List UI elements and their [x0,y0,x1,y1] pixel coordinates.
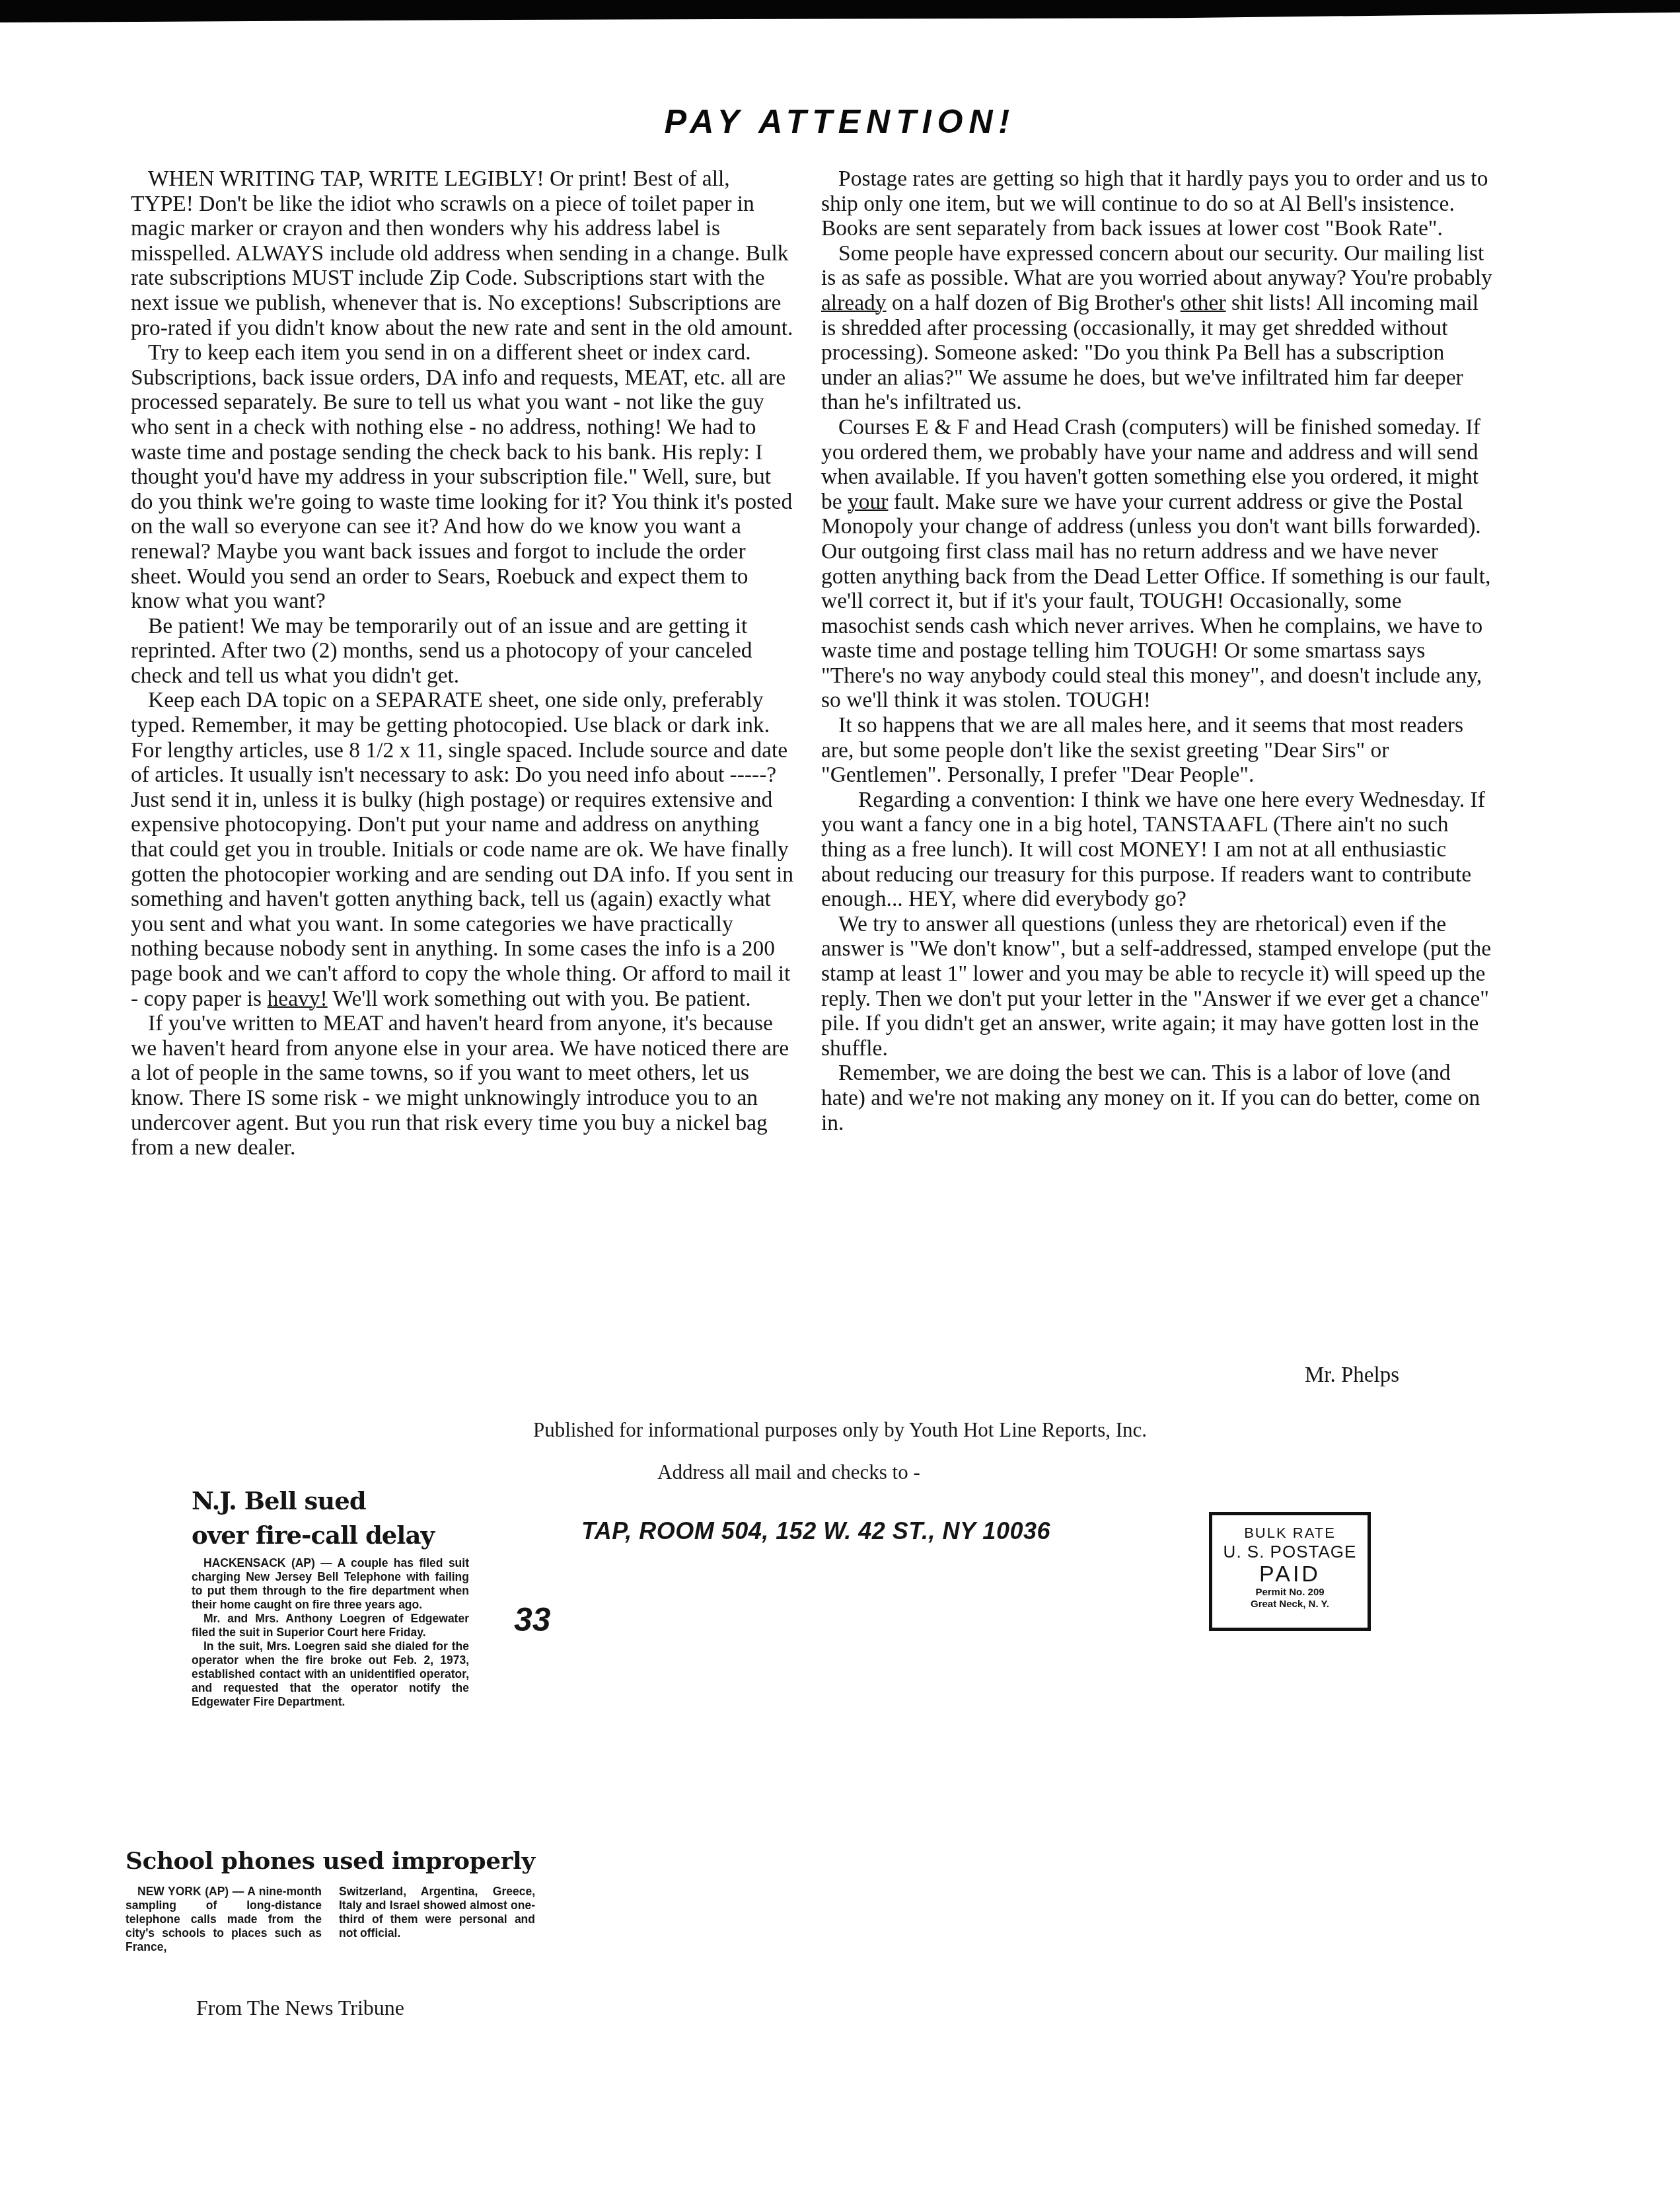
underlined-word: heavy! [268,987,328,1011]
stamp-line: Permit No. 209 [1212,1587,1368,1599]
signature: Mr. Phelps [1305,1363,1399,1388]
bulk-rate-postage-stamp: BULK RATE U. S. POSTAGE PAID Permit No. … [1209,1512,1371,1631]
paragraph: Courses E & F and Head Crash (computers)… [821,415,1495,713]
clipping-body: NEW YORK (AP) — A nine-month sampling of… [126,1885,322,1954]
paragraph-text: fault. Make sure we have your current ad… [821,490,1490,713]
paragraph: If you've written to MEAT and haven't he… [131,1011,795,1160]
scan-top-edge [0,0,1680,22]
clipping-paragraph: In the suit, Mrs. Loegren said she diale… [192,1640,469,1709]
paragraph: We try to answer all questions (unless t… [821,912,1495,1061]
paragraph: Remember, we are doing the best we can. … [821,1061,1495,1135]
paragraph-text: Some people have expressed concern about… [821,241,1492,291]
clipping-body: HACKENSACK (AP) — A couple has filed sui… [192,1556,469,1709]
clipping-paragraph: HACKENSACK (AP) — A couple has filed sui… [192,1556,469,1612]
publisher-notice: Published for informational purposes onl… [0,1418,1680,1442]
left-column: WHEN WRITING TAP, WRITE LEGIBLY! Or prin… [131,167,795,1160]
mailing-address: TAP, ROOM 504, 152 W. 42 ST., NY 10036 [581,1517,1050,1545]
right-column: Postage rates are getting so high that i… [821,167,1495,1135]
page-title: PAY ATTENTION! [0,102,1680,141]
stamp-line: U. S. POSTAGE [1212,1542,1368,1562]
clipping-headline: over fire-call delay [192,1518,469,1552]
paragraph: Some people have expressed concern about… [821,241,1495,415]
stamp-line: Great Neck, N. Y. [1212,1599,1368,1610]
clipping-headline: School phones used improperly [126,1844,535,1878]
page-number: 33 [514,1601,551,1639]
clipping-columns: NEW YORK (AP) — A nine-month sampling of… [126,1885,535,1954]
underlined-word: other [1181,291,1226,315]
stamp-line: BULK RATE [1212,1525,1368,1542]
paragraph-text: Keep each DA topic on a SEPARATE sheet, … [131,688,793,1010]
paragraph: WHEN WRITING TAP, WRITE LEGIBLY! Or prin… [131,167,795,340]
paragraph: Keep each DA topic on a SEPARATE sheet, … [131,688,795,1011]
paragraph: It so happens that we are all males here… [821,713,1495,788]
address-label: Address all mail and checks to - [657,1460,920,1484]
clipping-paragraph: Switzerland, Argentina, Greece, Italy an… [339,1885,535,1940]
paragraph: Regarding a convention: I think we have … [821,788,1495,912]
clipping-body: Switzerland, Argentina, Greece, Italy an… [339,1885,535,1954]
paragraph: Try to keep each item you send in on a d… [131,340,795,614]
clipping-headline: N.J. Bell sued [192,1484,469,1518]
clipping-paragraph: NEW YORK (AP) — A nine-month sampling of… [126,1885,322,1954]
stamp-line: PAID [1212,1562,1368,1587]
paragraph: Be patient! We may be temporarily out of… [131,614,795,689]
clipping-source: From The News Tribune [196,1996,404,2020]
paragraph-text: on a half dozen of Big Brother's [892,291,1175,315]
paragraph: Postage rates are getting so high that i… [821,167,1495,241]
clipping-paragraph: Mr. and Mrs. Anthony Loegren of Edgewate… [192,1612,469,1640]
paragraph-text: We'll work something out with you. Be pa… [332,987,750,1011]
underlined-word: your [848,490,888,514]
news-clipping-school-phones: School phones used improperly NEW YORK (… [126,1844,535,1954]
news-clipping-nj-bell: N.J. Bell sued over fire-call delay HACK… [192,1484,469,1709]
underlined-word: already [821,291,887,315]
